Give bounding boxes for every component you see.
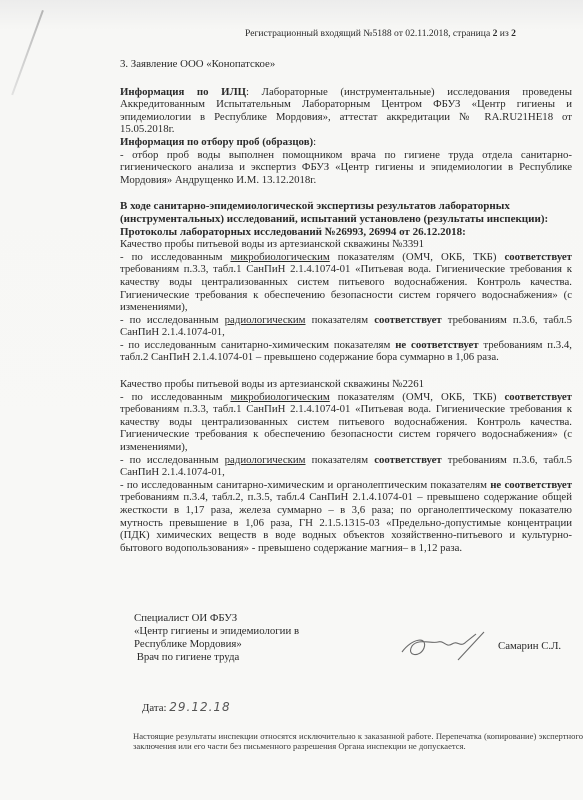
ilc-label: Информация по ИЛЦ	[120, 86, 246, 98]
signer-name: Самарин С.Л.	[498, 640, 561, 652]
radiological-result: - по исследованным радиологическим показ…	[120, 454, 572, 479]
signer-org-line: Специалист ОИ ФБУЗ	[134, 612, 299, 625]
statement-title: 3. Заявление ООО «Конопатское»	[120, 58, 572, 71]
sampling-info-text: - отбор проб воды выполнен помощником вр…	[120, 149, 572, 187]
well-title: Качество пробы питьевой воды из артезиан…	[120, 238, 572, 251]
status-compliant: соответствует	[374, 454, 442, 466]
date-line: Дата: 29.12.18	[142, 700, 231, 714]
well-2261-section: Качество пробы питьевой воды из артезиан…	[120, 378, 572, 554]
signer-position: Врач по гигиене труда	[134, 651, 299, 664]
status-compliant: соответствует	[504, 251, 572, 263]
signature-block: Специалист ОИ ФБУЗ «Центр гигиены и эпид…	[134, 612, 299, 664]
protocols-heading: Протоколы лабораторных исследований №269…	[120, 226, 572, 239]
disclaimer-text: Настоящие результаты инспекции относятся…	[133, 731, 583, 752]
chemical-result: - по исследованным санитарно-химическим …	[120, 479, 572, 555]
registration-header: Регистрационный входящий №5188 от 02.11.…	[245, 28, 516, 39]
well-title: Качество пробы питьевой воды из артезиан…	[120, 378, 572, 391]
well-3391-section: Качество пробы питьевой воды из артезиан…	[120, 238, 572, 364]
microbiological-result: - по исследованным микробиологическим по…	[120, 391, 572, 454]
status-noncompliant: не соответствует	[490, 479, 572, 491]
findings-heading: В ходе санитарно-эпидемиологической эксп…	[120, 200, 572, 225]
status-noncompliant: не соответствует	[395, 339, 478, 351]
sampling-info-heading: Информация по отбору проб (образцов):	[120, 136, 572, 149]
ilc-info: Информация по ИЛЦ: Лабораторные (инструм…	[120, 86, 572, 136]
document-body: 3. Заявление ООО «Конопатское» Информаци…	[120, 58, 572, 554]
date-label: Дата:	[142, 702, 169, 714]
radiological-result: - по исследованным радиологическим показ…	[120, 314, 572, 339]
microbiological-result: - по исследованным микробиологическим по…	[120, 251, 572, 314]
signer-org-line: Республике Мордовия»	[134, 638, 299, 651]
handwritten-signature-icon	[398, 630, 488, 664]
signer-org-line: «Центр гигиены и эпидемиологии в	[134, 625, 299, 638]
chemical-result: - по исследованным санитарно-химическим …	[120, 339, 572, 364]
date-value-handwritten: 29.12.18	[169, 700, 230, 714]
status-compliant: соответствует	[374, 314, 442, 326]
page-total: 2	[511, 28, 516, 39]
scanned-document-page: Регистрационный входящий №5188 от 02.11.…	[0, 0, 583, 800]
status-compliant: соответствует	[504, 391, 572, 403]
pen-stroke-mark	[11, 10, 44, 95]
